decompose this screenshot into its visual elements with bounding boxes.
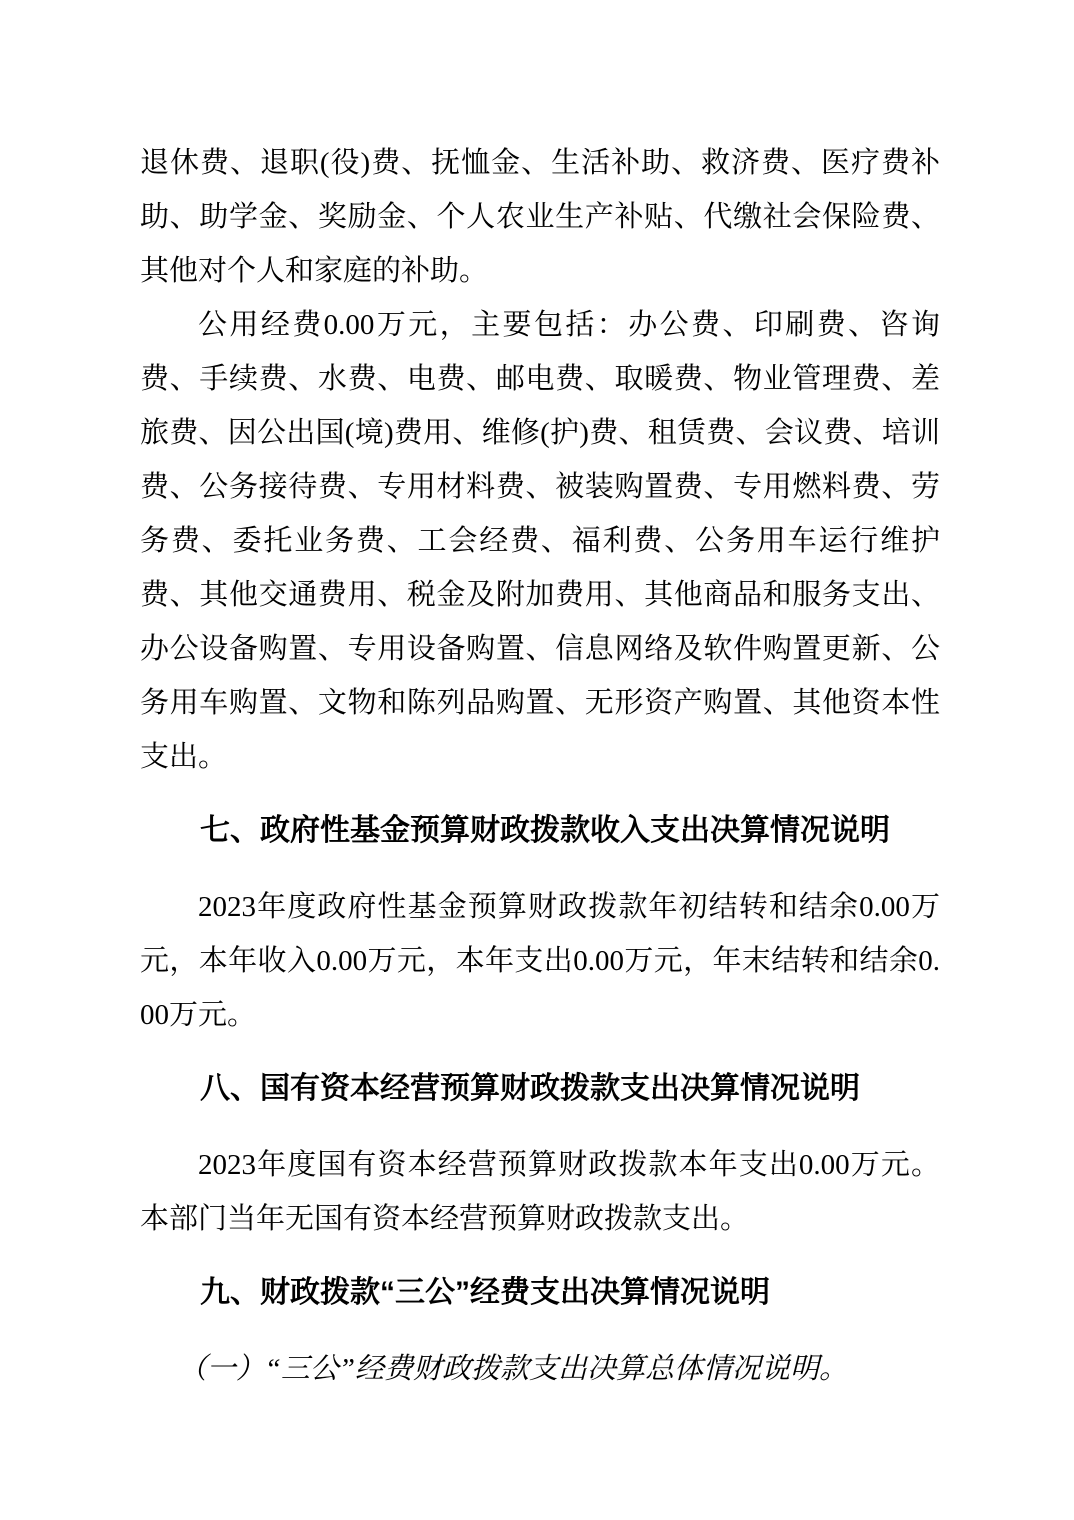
paragraph-personal-subsidy-continuation: 退休费、退职(役)费、抚恤金、生活补助、救济费、医疗费补助、助学金、奖励金、个人… — [140, 136, 940, 298]
paragraph-public-expense: 公用经费0.00万元，主要包括：办公费、印刷费、咨询费、手续费、水费、电费、邮电… — [140, 298, 940, 784]
section-heading-7: 七、政府性基金预算财政拨款收入支出决算情况说明 — [140, 804, 940, 858]
paragraph-section-8: 2023年度国有资本经营预算财政拨款本年支出0.00万元。本部门当年无国有资本经… — [140, 1138, 940, 1246]
section-heading-9: 九、财政拨款“三公”经费支出决算情况说明 — [140, 1266, 940, 1320]
paragraph-section-9-subitem-1: （一）“三公”经费财政拨款支出决算总体情况说明。 — [140, 1342, 940, 1396]
section-heading-8: 八、国有资本经营预算财政拨款支出决算情况说明 — [140, 1062, 940, 1116]
document-page: 退休费、退职(役)费、抚恤金、生活补助、救济费、医疗费补助、助学金、奖励金、个人… — [0, 0, 1074, 1520]
paragraph-section-7: 2023年度政府性基金预算财政拨款年初结转和结余0.00万元，本年收入0.00万… — [140, 880, 940, 1042]
